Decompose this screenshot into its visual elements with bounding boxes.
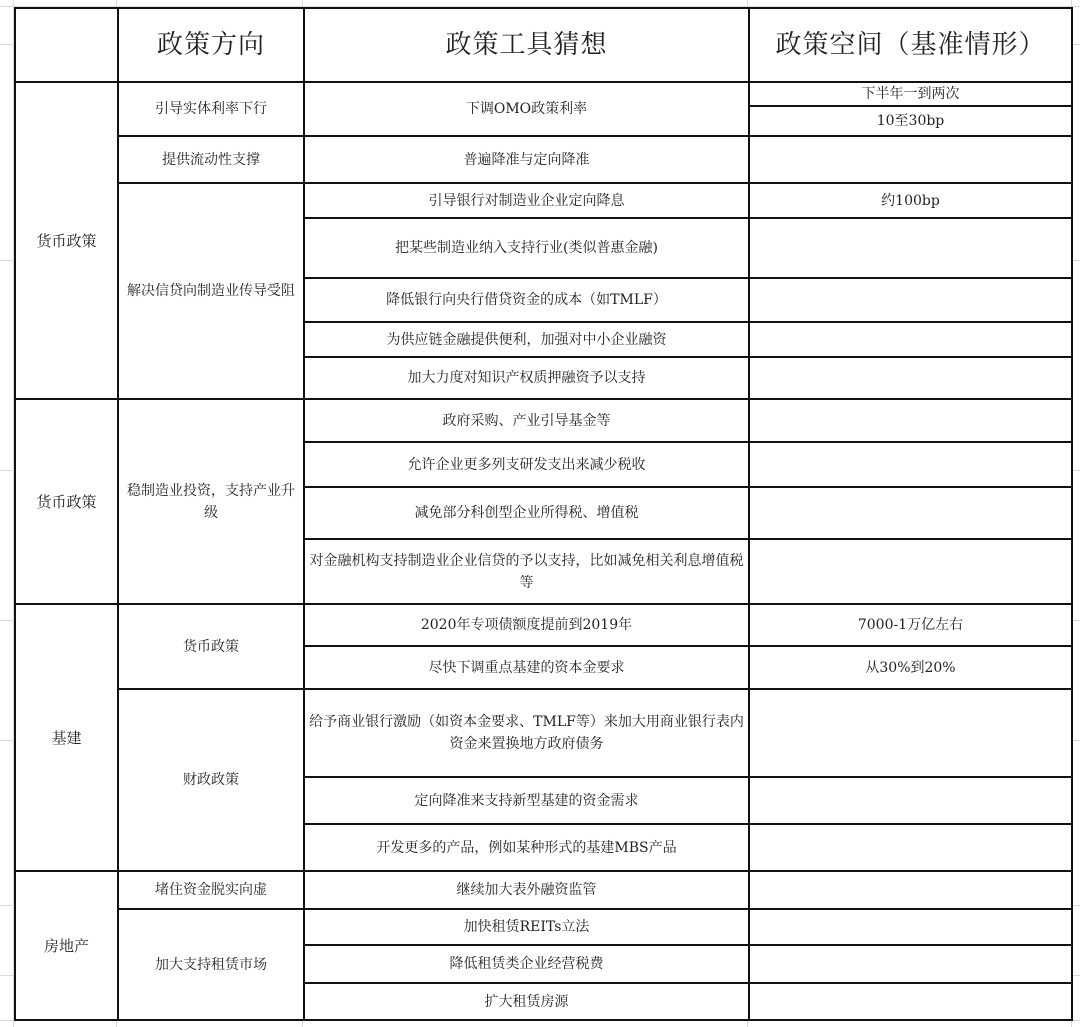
tool-cell: 普遍降准与定向降准 <box>304 136 749 183</box>
tool-cell: 继续加大表外融资监管 <box>304 871 749 909</box>
space-cell <box>749 945 1072 983</box>
space-cell <box>749 909 1072 945</box>
table-row: 房地产 堵住资金脱实向虚 继续加大表外融资监管 <box>15 871 1072 909</box>
table-row: 货币政策 引导实体利率下行 下调OMO政策利率 下半年一到两次 10至30bp <box>15 82 1072 136</box>
space-cell <box>749 322 1072 357</box>
table-row: 基建 货币政策 2020年专项债额度提前到2019年 7000-1万亿左右 <box>15 604 1072 646</box>
category-cell: 货币政策 <box>15 399 118 604</box>
category-cell: 基建 <box>15 604 118 871</box>
direction-cell: 财政政策 <box>118 689 304 871</box>
tool-cell: 扩大租赁房源 <box>304 983 749 1020</box>
table-row: 货币政策 稳制造业投资，支持产业升级 政府采购、产业引导基金等 <box>15 399 1072 442</box>
header-row: 政策方向 政策工具猜想 政策空间（基准情形） <box>15 8 1072 82</box>
tool-cell: 为供应链金融提供便利，加强对中小企业融资 <box>304 322 749 357</box>
direction-cell: 引导实体利率下行 <box>118 82 304 136</box>
tool-cell: 加大力度对知识产权质押融资予以支持 <box>304 357 749 399</box>
tool-cell: 尽快下调重点基建的资本金要求 <box>304 646 749 689</box>
space-cell <box>749 871 1072 909</box>
space-cell <box>749 357 1072 399</box>
tool-cell: 加快租赁REITs立法 <box>304 909 749 945</box>
space-cell: 下半年一到两次 10至30bp <box>749 82 1072 136</box>
direction-cell: 提供流动性支撑 <box>118 136 304 183</box>
tool-cell: 对金融机构支持制造业企业信贷的予以支持，比如减免相关利息增值税等 <box>304 539 749 604</box>
header-policy-tool: 政策工具猜想 <box>304 8 749 82</box>
tool-cell: 降低租赁类企业经营税费 <box>304 945 749 983</box>
space-cell <box>749 689 1072 777</box>
tool-cell: 给予商业银行激励（如资本金要求、TMLF等）来加大用商业银行表内资金来置换地方政… <box>304 689 749 777</box>
tool-cell: 政府采购、产业引导基金等 <box>304 399 749 442</box>
direction-cell: 稳制造业投资，支持产业升级 <box>118 399 304 604</box>
direction-cell: 货币政策 <box>118 604 304 689</box>
table-row: 提供流动性支撑 普遍降准与定向降准 <box>15 136 1072 183</box>
tool-cell: 把某些制造业纳入支持行业(类似普惠金融) <box>304 218 749 278</box>
header-category <box>15 8 118 82</box>
tool-cell: 定向降准来支持新型基建的资金需求 <box>304 777 749 824</box>
space-cell <box>749 777 1072 824</box>
tool-cell: 允许企业更多列支研发支出来减少税收 <box>304 442 749 487</box>
header-policy-space: 政策空间（基准情形） <box>749 8 1072 82</box>
table-row: 加大支持租赁市场 加快租赁REITs立法 <box>15 909 1072 945</box>
space-cell: 约100bp <box>749 183 1072 218</box>
space-magnitude: 10至30bp <box>750 107 1071 135</box>
tool-cell: 引导银行对制造业企业定向降息 <box>304 183 749 218</box>
tool-cell: 降低银行向央行借贷资金的成本（如TMLF） <box>304 278 749 322</box>
space-cell <box>749 442 1072 487</box>
tool-cell: 开发更多的产品，例如某种形式的基建MBS产品 <box>304 824 749 871</box>
space-cell <box>749 539 1072 604</box>
space-cell <box>749 399 1072 442</box>
tool-cell: 2020年专项债额度提前到2019年 <box>304 604 749 646</box>
category-cell: 房地产 <box>15 871 118 1020</box>
space-cell <box>749 824 1072 871</box>
space-cell <box>749 136 1072 183</box>
space-cell <box>749 278 1072 322</box>
header-policy-direction: 政策方向 <box>118 8 304 82</box>
policy-table: 政策方向 政策工具猜想 政策空间（基准情形） 货币政策 引导实体利率下行 下调O… <box>14 7 1073 1021</box>
tool-cell: 下调OMO政策利率 <box>304 82 749 136</box>
table-row: 财政政策 给予商业银行激励（如资本金要求、TMLF等）来加大用商业银行表内资金来… <box>15 689 1072 777</box>
table-row: 解决信贷向制造业传导受阻 引导银行对制造业企业定向降息 约100bp <box>15 183 1072 218</box>
direction-cell: 加大支持租赁市场 <box>118 909 304 1020</box>
direction-cell: 堵住资金脱实向虚 <box>118 871 304 909</box>
direction-cell: 解决信贷向制造业传导受阻 <box>118 183 304 399</box>
space-cell <box>749 983 1072 1020</box>
space-cell: 7000-1万亿左右 <box>749 604 1072 646</box>
tool-cell: 减免部分科创型企业所得税、增值税 <box>304 487 749 539</box>
space-cell <box>749 487 1072 539</box>
space-cell: 从30%到20% <box>749 646 1072 689</box>
space-cell <box>749 218 1072 278</box>
space-frequency: 下半年一到两次 <box>750 83 1071 107</box>
category-cell: 货币政策 <box>15 82 118 399</box>
